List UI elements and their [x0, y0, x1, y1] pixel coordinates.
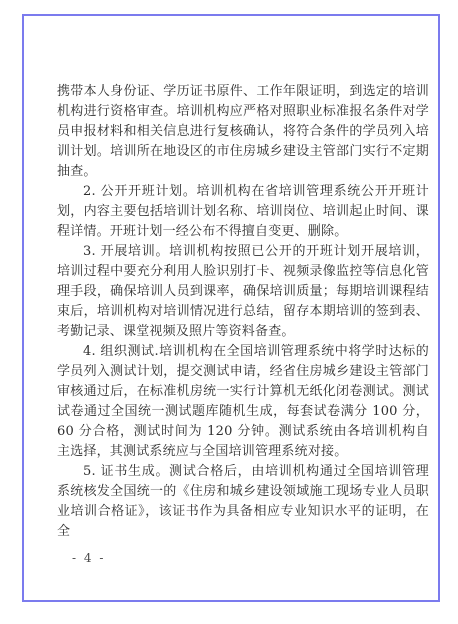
paragraph-4-organize-testing: 4. 组织测试.培训机构在全国培训管理系统中将学时达标的学员列入测试计划，提交测…	[57, 342, 429, 462]
paragraph-3-conduct-training: 3. 开展培训。培训机构按照已公开的开班计划开展培训，培训过程中要充分利用人脸识…	[57, 242, 429, 342]
paragraph-continuation-registration-review: 携带本人身份证、学历证书原件、工作年限证明，到选定的培训机构进行资格审查。培训机…	[57, 82, 429, 182]
paragraph-2-publish-class-plan: 2. 公开开班计划。培训机构在省培训管理系统公开开班计划，内容主要包括培训计划名…	[57, 182, 429, 242]
scanned-document-page: 携带本人身份证、学历证书原件、工作年限证明，到选定的培训机构进行资格审查。培训机…	[0, 0, 458, 624]
page-number: - 4 -	[72, 551, 105, 565]
paragraph-5-certificate-generation: 5. 证书生成。测试合格后，由培训机构通过全国培训管理系统核发全国统一的《住房和…	[57, 462, 429, 542]
document-body-text: 携带本人身份证、学历证书原件、工作年限证明，到选定的培训机构进行资格审查。培训机…	[57, 82, 429, 542]
page-border-frame: 携带本人身份证、学历证书原件、工作年限证明，到选定的培训机构进行资格审查。培训机…	[22, 14, 440, 602]
